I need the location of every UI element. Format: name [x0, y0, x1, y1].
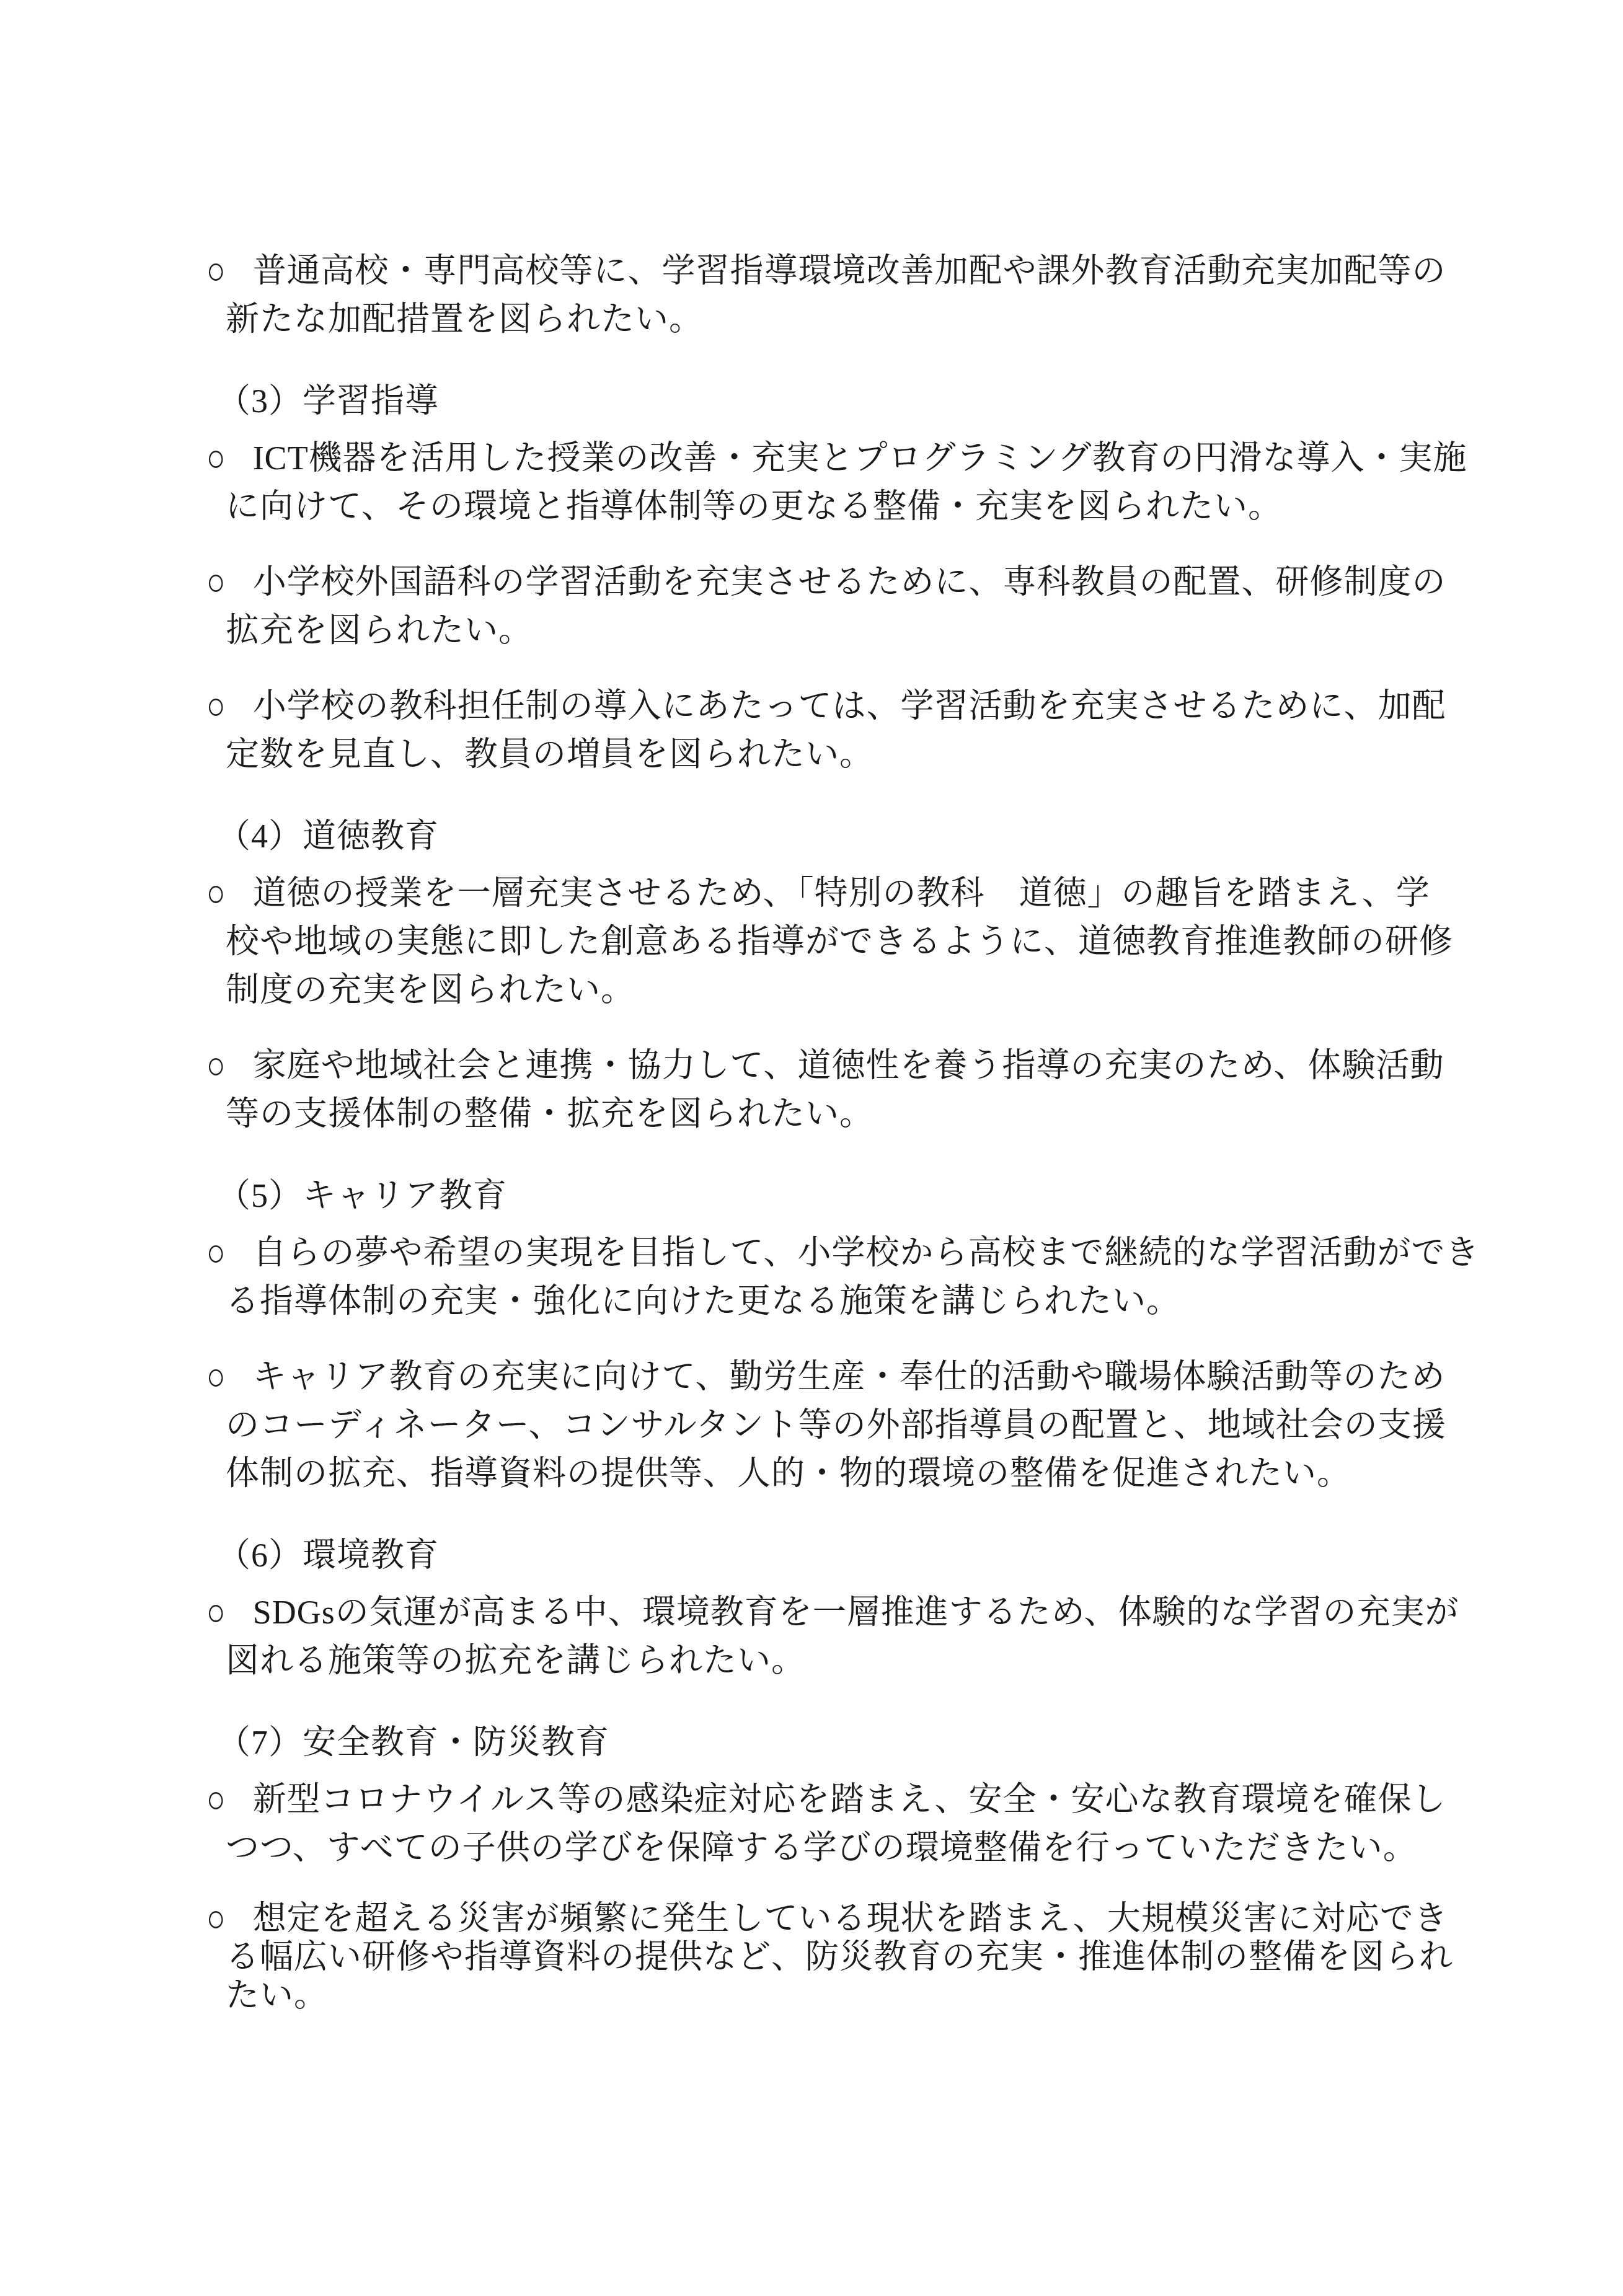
circle-bullet-icon: ○	[206, 1348, 226, 1405]
bullet-line: 体制の拡充、指導資料の提供等、人的・物的環境の整備を促進されたい。	[226, 1449, 1462, 1498]
bullet-line: SDGsの気運が高まる中、環境教育を一層推進するため、体験的な学習の充実が	[253, 1594, 1459, 1631]
circle-bullet-icon: ○	[206, 242, 226, 299]
bullet-line: に向けて、その環境と指導体制等の更なる整備・充実を図られたい。	[226, 482, 1462, 531]
bullet-line: 定数を見直し、教員の増員を図られたい。	[226, 730, 1462, 779]
bullet-item: ○小学校の教科担任制の導入にあたっては、学習活動を充実させるために、加配 定数を…	[206, 682, 1462, 779]
circle-bullet-icon: ○	[206, 430, 226, 487]
bullet-line: つつ、すべての子供の学びを保障する学びの環境整備を行っていただきたい。	[226, 1824, 1462, 1872]
bullet-line: 小学校外国語科の学習活動を充実させるために、専科教員の配置、研修制度の	[253, 563, 1446, 601]
section-heading: （5）キャリア教育	[217, 1172, 1462, 1220]
bullet-item: ○道徳の授業を一層充実させるため、「特別の教科 道徳」の趣旨を踏まえ、学 校や地…	[206, 869, 1462, 1014]
document-page: ○普通高校・専門高校等に、学習指導環境改善加配や課外教育活動充実加配等の 新たな…	[0, 0, 1623, 2296]
bullet-line: 新型コロナウイルス等の感染症対応を踏まえ、安全・安心な教育環境を確保し	[253, 1781, 1446, 1818]
circle-bullet-icon: ○	[206, 1896, 226, 1941]
bullet-line: のコーディネーター、コンサルタント等の外部指導員の配置と、地域社会の支援	[226, 1401, 1462, 1449]
bullet-line: たい。	[226, 1976, 1462, 2015]
bullet-line: 校や地域の実態に即した創意ある指導ができるように、道徳教育推進教師の研修	[226, 917, 1462, 966]
bullet-line: る幅広い研修や指導資料の提供など、防災教育の充実・推進体制の整備を図られ	[226, 1938, 1462, 1976]
circle-bullet-icon: ○	[206, 554, 226, 611]
circle-bullet-icon: ○	[206, 678, 226, 735]
bullet-item: ○SDGsの気運が高まる中、環境教育を一層推進するため、体験的な学習の充実が 図…	[206, 1588, 1462, 1685]
bullet-line: ICT機器を活用した授業の改善・充実とプログラミング教育の円滑な導入・実施	[253, 439, 1467, 477]
circle-bullet-icon: ○	[206, 1037, 226, 1094]
bullet-item: ○自らの夢や希望の実現を目指して、小学校から高校まで継続的な学習活動ができ る指…	[206, 1229, 1462, 1325]
bullet-item: ○ICT機器を活用した授業の改善・充実とプログラミング教育の円滑な導入・実施 に…	[206, 434, 1462, 531]
bullet-item: ○普通高校・専門高校等に、学習指導環境改善加配や課外教育活動充実加配等の 新たな…	[206, 247, 1462, 343]
bullet-line: 新たな加配措置を図られたい。	[226, 295, 1462, 343]
bullet-line: 拡充を図られたい。	[226, 606, 1462, 655]
bullet-item: ○キャリア教育の充実に向けて、勤労生産・奉仕的活動や職場体験活動等のため のコー…	[206, 1353, 1462, 1498]
bullet-line: 制度の充実を図られたい。	[226, 966, 1462, 1014]
bullet-line: 小学校の教科担任制の導入にあたっては、学習活動を充実させるために、加配	[253, 687, 1446, 725]
circle-bullet-icon: ○	[206, 1224, 226, 1281]
bullet-line: 図れる施策等の拡充を講じられたい。	[226, 1636, 1462, 1685]
circle-bullet-icon: ○	[206, 865, 226, 922]
bullet-line: キャリア教育の充実に向けて、勤労生産・奉仕的活動や職場体験活動等のため	[253, 1358, 1446, 1395]
bullet-line: る指導体制の充実・強化に向けた更なる施策を講じられたい。	[226, 1277, 1462, 1325]
section-heading: （3）学習指導	[217, 377, 1462, 425]
circle-bullet-icon: ○	[206, 1584, 226, 1641]
bullet-item: ○家庭や地域社会と連携・協力して、道徳性を養う指導の充実のため、体験活動 等の支…	[206, 1041, 1462, 1138]
bullet-item: ○新型コロナウイルス等の感染症対応を踏まえ、安全・安心な教育環境を確保し つつ、…	[206, 1775, 1462, 1872]
section-heading: （7）安全教育・防災教育	[217, 1718, 1462, 1767]
bullet-item: ○小学校外国語科の学習活動を充実させるために、専科教員の配置、研修制度の 拡充を…	[206, 558, 1462, 655]
bullet-line: 等の支援体制の整備・拡充を図られたい。	[226, 1090, 1462, 1138]
bullet-line: 想定を超える災害が頻繁に発生している現状を踏まえ、大規模災害に対応でき	[253, 1900, 1448, 1937]
section-heading: （6）環境教育	[217, 1531, 1462, 1579]
bullet-line: 道徳の授業を一層充実させるため、「特別の教科 道徳」の趣旨を踏まえ、学	[253, 875, 1430, 912]
bullet-line: 家庭や地域社会と連携・協力して、道徳性を養う指導の充実のため、体験活動	[253, 1047, 1444, 1084]
bullet-item: ○想定を超える災害が頻繁に発生している現状を踏まえ、大規模災害に対応でき る幅広…	[206, 1899, 1462, 2015]
circle-bullet-icon: ○	[206, 1771, 226, 1828]
bullet-line: 自らの夢や希望の実現を目指して、小学校から高校まで継続的な学習活動ができ	[253, 1234, 1480, 1271]
bullet-line: 普通高校・専門高校等に、学習指導環境改善加配や課外教育活動充実加配等の	[253, 252, 1446, 289]
section-heading: （4）道徳教育	[217, 812, 1462, 860]
